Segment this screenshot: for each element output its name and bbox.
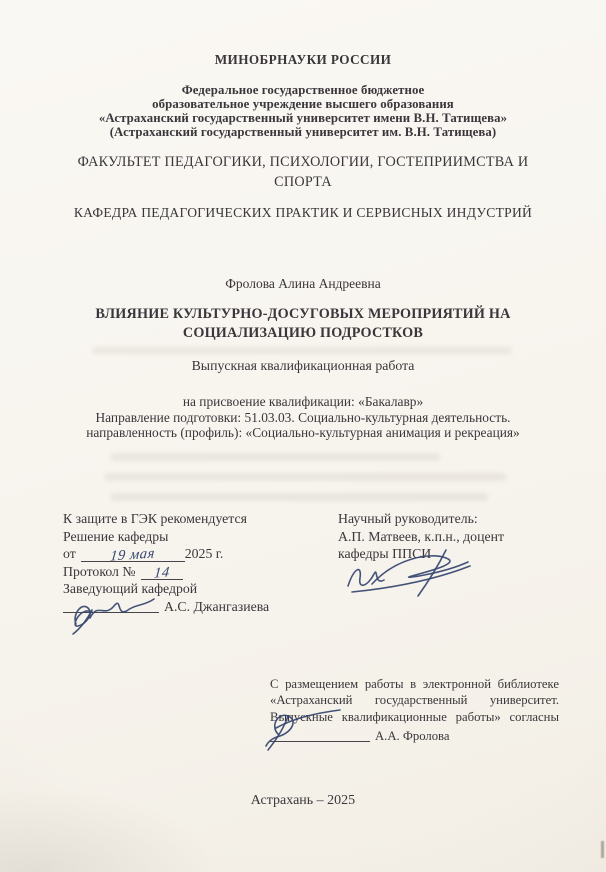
department-heading: КАФЕДРА ПЕДАГОГИЧЕСКИХ ПРАКТИК И СЕРВИСН… xyxy=(0,205,606,221)
qualification-line: на присвоение квалификации: «Бакалавр» xyxy=(0,394,606,410)
consent-line: С размещением работы в электронной библи… xyxy=(270,676,559,692)
date-prefix: от xyxy=(63,546,76,561)
defense-block: К защите в ГЭК рекомендуется Решение каф… xyxy=(63,510,269,616)
advisor-label: Научный руководитель: xyxy=(338,510,504,528)
head-sign-line: А.С. Джангазиева xyxy=(63,598,269,616)
handwritten-date: 19 мая xyxy=(109,546,156,567)
head-signature-underline xyxy=(63,598,159,613)
head-name: А.С. Джангазиева xyxy=(164,599,269,614)
document-page: МИНОБРНАУКИ РОССИИ Федеральное государст… xyxy=(0,0,606,872)
bleed-through-stripe xyxy=(104,473,506,481)
protocol-underline: 14 xyxy=(141,565,183,580)
protocol-line: Протокол №14 xyxy=(63,563,269,581)
consent-sign-line: А.А. Фролова xyxy=(270,727,559,744)
recommend-line: К защите в ГЭК рекомендуется xyxy=(63,510,269,528)
advisor-dept: кафедры ППСИ xyxy=(338,545,504,563)
consent-block: С размещением работы в электронной библи… xyxy=(270,676,559,744)
institution-name: Федеральное государственное бюджетное об… xyxy=(0,83,606,139)
date-underline: 19 мая xyxy=(81,547,185,562)
qualification-block: на присвоение квалификации: «Бакалавр» Н… xyxy=(0,394,606,441)
consent-line: Выпускные квалификационные работы» согла… xyxy=(270,709,559,725)
ministry-heading: МИНОБРНАУКИ РОССИИ xyxy=(0,52,606,68)
profile-line: направленность (профиль): «Социально-кул… xyxy=(0,425,606,441)
author-name: Фролова Алина Андреевна xyxy=(0,276,606,292)
bleed-through-stripe xyxy=(110,493,488,501)
consent-signature-underline xyxy=(270,727,370,742)
scan-edge-artifact xyxy=(601,841,604,858)
institution-line: образовательное учреждение высшего образ… xyxy=(0,97,606,111)
consent-line: «Астраханский государственный университе… xyxy=(270,692,559,708)
date-line: от19 мая2025 г. xyxy=(63,545,269,563)
direction-line: Направление подготовки: 51.03.03. Социал… xyxy=(0,410,606,426)
institution-line: Федеральное государственное бюджетное xyxy=(0,83,606,97)
bleed-through-stripe xyxy=(110,453,440,461)
city-year: Астрахань – 2025 xyxy=(0,793,606,809)
work-type: Выпускная квалификационная работа xyxy=(0,358,606,374)
decision-line: Решение кафедры xyxy=(63,528,269,546)
institution-line: (Астраханский государственный университе… xyxy=(0,125,606,139)
protocol-label: Протокол № xyxy=(63,564,136,579)
advisor-name: А.П. Матвеев, к.п.н., доцент xyxy=(338,528,504,546)
date-suffix: 2025 г. xyxy=(185,546,224,561)
institution-line: «Астраханский государственный университе… xyxy=(0,111,606,125)
bleed-through-stripe xyxy=(92,347,512,354)
faculty-heading: ФАКУЛЬТЕТ ПЕДАГОГИКИ, ПСИХОЛОГИИ, ГОСТЕП… xyxy=(0,153,606,193)
handwritten-protocol-number: 14 xyxy=(153,564,171,583)
head-label: Заведующий кафедрой xyxy=(63,580,269,598)
advisor-block: Научный руководитель: А.П. Матвеев, к.п.… xyxy=(338,510,504,563)
consent-signer-name: А.А. Фролова xyxy=(375,729,450,743)
thesis-title: ВЛИЯНИЕ КУЛЬТУРНО-ДОСУГОВЫХ МЕРОПРИЯТИЙ … xyxy=(0,305,606,342)
